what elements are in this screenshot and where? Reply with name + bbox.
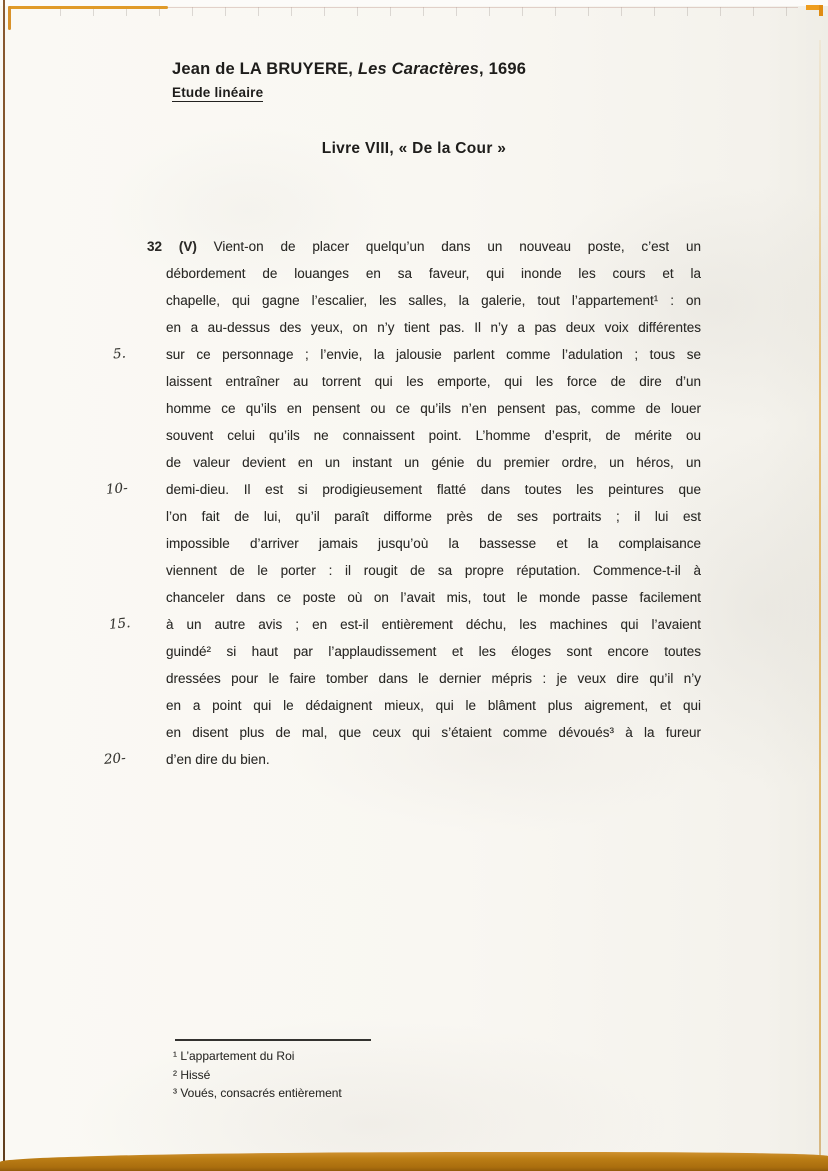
excerpt-line: en a point qui le dédaignent mieux, qui … bbox=[166, 692, 701, 719]
margin-line-number: 20- bbox=[103, 745, 127, 774]
right-scan-edge bbox=[819, 40, 821, 1158]
excerpt-line: viennent de le porter : il rougit de sa … bbox=[166, 557, 701, 584]
footnote-item: ³ Voués, consacrés entièrement bbox=[173, 1084, 342, 1103]
author-name: Jean de LA BRUYERE, bbox=[172, 60, 358, 78]
excerpt-line: souvent celui qu’ils ne connaissent poin… bbox=[166, 422, 701, 449]
excerpt-line: homme ce qu’ils en pensent ou ce qu’ils … bbox=[166, 395, 701, 422]
section-title: Livre VIII, « De la Cour » bbox=[0, 140, 828, 158]
excerpt-text-block: 32 (V) Vient-on de placer quelqu’un dans… bbox=[166, 233, 701, 773]
excerpt-line: de valeur devient en un instant un génie… bbox=[166, 449, 701, 476]
study-subtitle: Etude linéaire bbox=[172, 85, 263, 102]
work-title: Les Caractères bbox=[358, 60, 479, 78]
excerpt-line: d’en dire du bien. bbox=[166, 746, 701, 773]
top-edge-tick-marks bbox=[60, 7, 800, 16]
excerpt-line-text: Vient-on de placer quelqu’un dans un nou… bbox=[197, 239, 701, 254]
scanned-document-page: Jean de LA BRUYERE, Les Caractères, 1696… bbox=[0, 0, 828, 1171]
margin-line-number: 5. bbox=[112, 340, 127, 368]
excerpt-line: impossible d’arriver jamais jusqu’où la … bbox=[166, 530, 701, 557]
excerpt-line: 32 (V) Vient-on de placer quelqu’un dans… bbox=[147, 233, 701, 260]
excerpt-line: dressées pour le faire tomber dans le de… bbox=[166, 665, 701, 692]
footnotes-block: ¹ L’appartement du Roi ² Hissé ³ Voués, … bbox=[173, 1047, 342, 1103]
margin-line-number: 10- bbox=[105, 475, 129, 504]
excerpt-line: en disent plus de mal, que ceux qui s’ét… bbox=[166, 719, 701, 746]
excerpt-line: l’on fait de lui, qu’il paraît difforme … bbox=[166, 503, 701, 530]
document-header: Jean de LA BRUYERE, Les Caractères, 1696… bbox=[172, 60, 526, 102]
excerpt-line: chapelle, qui gagne l’escalier, les sall… bbox=[166, 287, 701, 314]
excerpt-line: demi-dieu. Il est si prodigieusement fla… bbox=[166, 476, 701, 503]
excerpt-line: guindé² si haut par l’applaudissement et… bbox=[166, 638, 701, 665]
excerpt-line: laissent entraîner au torrent qui les em… bbox=[166, 368, 701, 395]
bottom-scan-edge-band bbox=[0, 1152, 828, 1171]
footnote-separator-rule bbox=[175, 1039, 371, 1041]
left-scan-edge bbox=[3, 0, 5, 1171]
author-line: Jean de LA BRUYERE, Les Caractères, 1696 bbox=[172, 60, 526, 79]
excerpt-line: sur ce personnage ; l’envie, la jalousie… bbox=[166, 341, 701, 368]
margin-line-number: 15. bbox=[108, 610, 132, 639]
top-left-corner-bracket-horizontal bbox=[8, 6, 168, 9]
excerpt-line: en a au-dessus des yeux, on n’y tient pa… bbox=[166, 314, 701, 341]
footnote-item: ² Hissé bbox=[173, 1066, 342, 1085]
work-year: , 1696 bbox=[479, 60, 526, 78]
footnote-item: ¹ L’appartement du Roi bbox=[173, 1047, 342, 1066]
excerpt-line: débordement de louanges en sa faveur, qu… bbox=[166, 260, 701, 287]
top-edge-faint-line bbox=[168, 7, 798, 8]
top-right-orange-mark bbox=[806, 5, 823, 10]
excerpt-line: à un autre avis ; en est-il entièrement … bbox=[166, 611, 701, 638]
excerpt-line: chanceler dans ce poste où on l’avait mi… bbox=[166, 584, 701, 611]
top-left-corner-bracket-vertical bbox=[8, 6, 11, 30]
paragraph-number: 32 (V) bbox=[147, 239, 197, 254]
